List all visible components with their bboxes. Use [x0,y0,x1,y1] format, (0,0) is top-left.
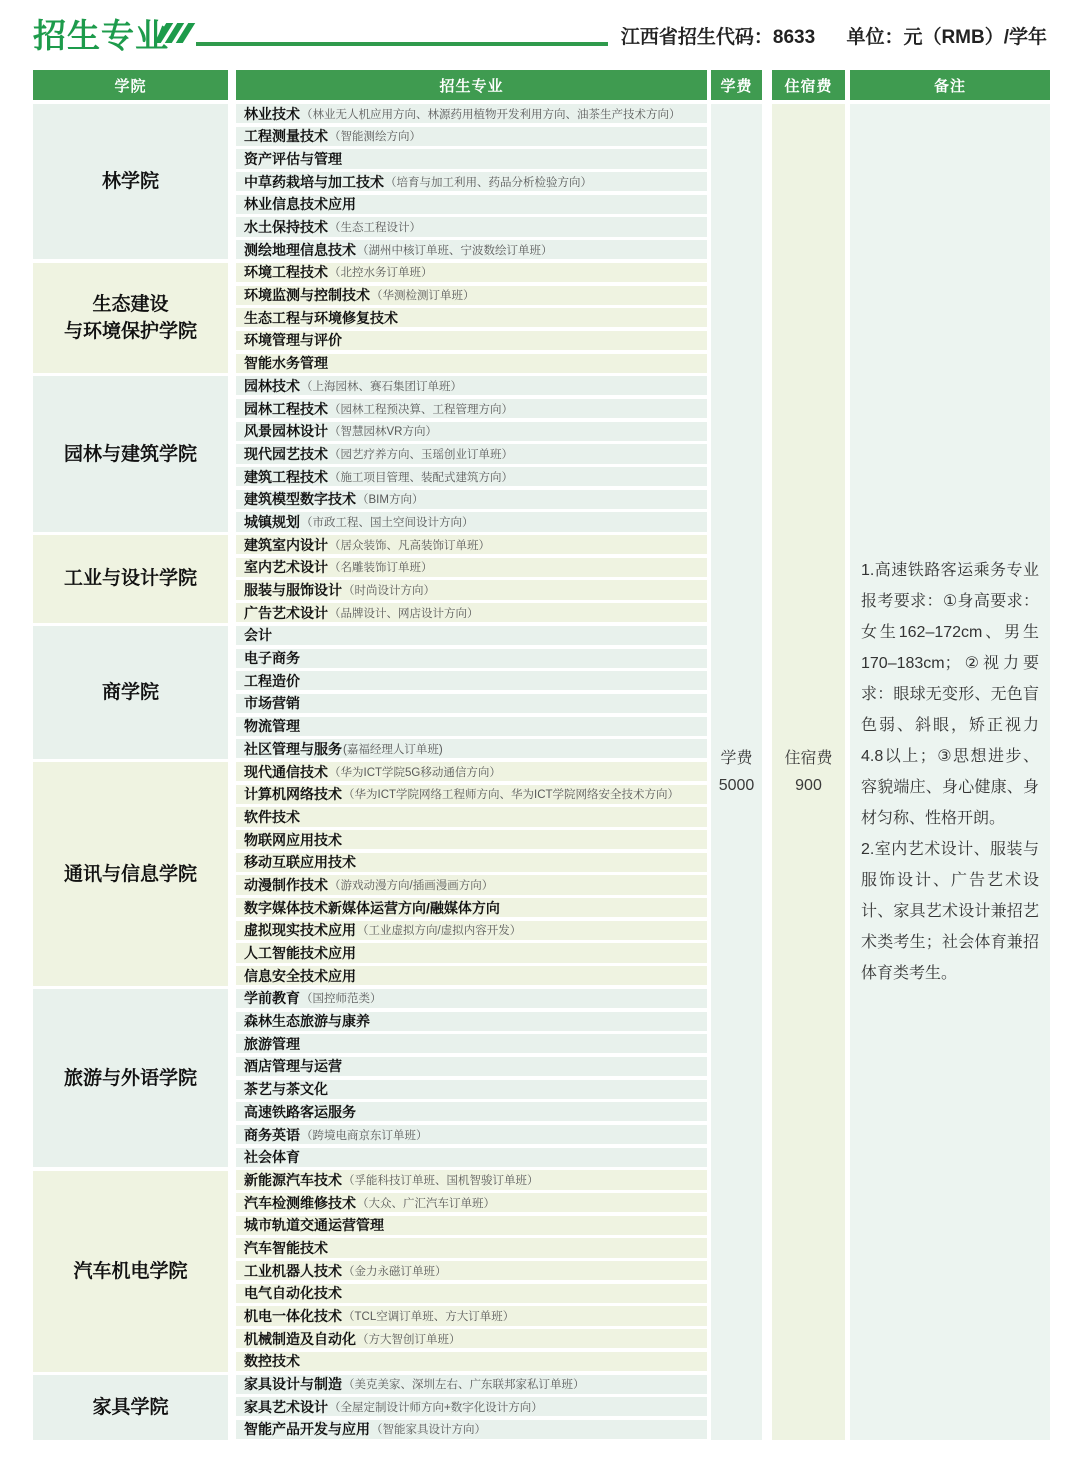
major-row: 社会体育 [236,1148,707,1167]
major-name: 建筑模型数字技术 [244,489,356,509]
major-note: （智能家具设计方向） [371,1421,486,1437]
remarks-cell: 1.高速铁路客运乘务专业报考要求：①身高要求：女生162–172cm、男生170… [850,104,1050,1440]
title-underline [196,42,608,46]
major-note: （华测检测订单班） [371,287,475,303]
major-name: 汽车智能技术 [244,1238,328,1258]
major-note: （孚能科技订单班、国机智骏订单班） [343,1172,539,1188]
major-name: 环境监测与控制技术 [244,285,370,305]
major-note: （大众、广汇汽车订单班） [357,1195,495,1211]
tuition-label: 学费 [720,745,752,772]
major-row: 机械制造及自动化（方大智创订单班） [236,1329,707,1348]
major-row: 旅游管理 [236,1034,707,1053]
major-row: 商务英语（跨境电商京东订单班） [236,1125,707,1144]
major-row: 森林生态旅游与康养 [236,1012,707,1031]
major-row: 资产评估与管理 [236,149,707,168]
major-note: （湖州中核订单班、宁波数绘订单班） [357,242,553,258]
major-name: 风景园林设计 [244,421,328,441]
major-name: 现代园艺技术 [244,444,328,464]
accommodation-value: 900 [795,772,822,799]
major-note: （园艺疗养方向、玉瑶创业订单班） [329,446,513,462]
major-row: 城镇规划（市政工程、国土空间设计方向） [236,512,707,531]
major-name: 生态工程与环境修复技术 [244,308,398,328]
major-row: 园林工程技术（园林工程预决算、工程管理方向） [236,399,707,418]
major-note: （培育与加工利用、药品分析检验方向） [385,174,592,190]
tuition-value: 5000 [719,772,755,799]
page-title: 招生专业 [33,10,169,57]
major-name: 电气自动化技术 [244,1283,342,1303]
major-name: 建筑工程技术 [244,467,328,487]
major-row: 中草药栽培与加工技术（培育与加工利用、药品分析检验方向） [236,172,707,191]
major-row: 人工智能技术应用 [236,943,707,962]
major-note: （华为ICT学院5G移动通信方向） [329,764,501,780]
major-row: 数控技术 [236,1352,707,1371]
major-note: （跨境电商京东订单班） [301,1127,428,1143]
header-remarks: 备注 [850,70,1050,100]
major-row: 广告艺术设计（品牌设计、网店设计方向） [236,603,707,622]
major-name: 物流管理 [244,716,300,736]
major-row: 电子商务 [236,649,707,668]
major-row: 物流管理 [236,717,707,736]
header-tuition: 学费 [711,70,762,100]
college-cell: 通讯与信息学院 [33,762,228,986]
major-name: 环境工程技术 [244,262,328,282]
major-row: 动漫制作技术（游戏动漫方向/插画漫画方向） [236,875,707,894]
major-row: 汽车检测维修技术（大众、广汇汽车订单班） [236,1193,707,1212]
major-row: 电气自动化技术 [236,1284,707,1303]
major-row: 计算机网络技术（华为ICT学院网络工程师方向、华为ICT学院网络安全技术方向） [236,785,707,804]
major-row: 高速铁路客运服务 [236,1102,707,1121]
major-name: 数控技术 [244,1351,300,1371]
admission-table: 学院 招生专业 学费 住宿费 备注 林学院生态建设 与环境保护学院园林与建筑学院… [33,70,1050,1443]
college-cell: 园林与建筑学院 [33,376,228,531]
major-row: 数字媒体技术新媒体运营方向/融媒体方向 [236,898,707,917]
major-row: 会计 [236,626,707,645]
major-row: 工程测量技术（智能测绘方向） [236,127,707,146]
tuition-cell: 学费 5000 [711,104,762,1440]
major-name: 园林工程技术 [244,399,328,419]
major-name: 会计 [244,625,272,645]
unit-label: 单位：元（RMB）/学年 [846,27,1047,48]
college-cell: 生态建设 与环境保护学院 [33,263,228,373]
major-name: 数字媒体技术新媒体运营方向/融媒体方向 [244,898,500,918]
major-name: 旅游管理 [244,1034,300,1054]
major-name: 社区管理与服务 [244,739,342,759]
header-college: 学院 [33,70,228,100]
major-row: 水土保持技术（生态工程设计） [236,217,707,236]
majors-column: 林业技术（林业无人机应用方向、林源药用植物开发利用方向、油茶生产技术方向）工程测… [236,104,707,1443]
major-row: 城市轨道交通运营管理 [236,1216,707,1235]
major-row: 环境工程技术（北控水务订单班） [236,263,707,282]
major-row: 服装与服饰设计（时尚设计方向） [236,580,707,599]
major-name: 智能产品开发与应用 [244,1419,370,1439]
major-name: 茶艺与茶文化 [244,1079,328,1099]
major-name: 酒店管理与运营 [244,1056,342,1076]
major-row: 汽车智能技术 [236,1238,707,1257]
major-note: （林业无人机应用方向、林源药用植物开发利用方向、油茶生产技术方向） [301,106,681,122]
major-row: 建筑工程技术（施工项目管理、装配式建筑方向） [236,467,707,486]
major-name: 森林生态旅游与康养 [244,1011,370,1031]
major-note: （游戏动漫方向/插画漫画方向） [329,877,493,893]
remark-1: 1.高速铁路客运乘务专业报考要求：①身高要求：女生162–172cm、男生170… [861,555,1039,834]
major-name: 林业信息技术应用 [244,194,356,214]
major-row: 测绘地理信息技术（湖州中核订单班、宁波数绘订单班） [236,240,707,259]
major-name: 资产评估与管理 [244,149,342,169]
major-name: 工程造价 [244,671,300,691]
major-name: 环境管理与评价 [244,330,342,350]
major-name: 智能水务管理 [244,353,328,373]
admission-code: 江西省招生代码：8633 [621,27,815,48]
major-name: 现代通信技术 [244,762,328,782]
major-row: 风景园林设计（智慧园林VR方向） [236,422,707,441]
major-name: 学前教育 [244,988,300,1008]
major-note: （TCL空调订单班、方大订单班） [343,1308,514,1324]
major-note: （工业虚拟方向/虚拟内容开发） [357,922,521,938]
accommodation-label: 住宿费 [784,745,832,772]
major-row: 智能产品开发与应用（智能家具设计方向） [236,1420,707,1439]
major-row: 软件技术 [236,807,707,826]
major-name: 家具艺术设计 [244,1397,328,1417]
major-row: 环境管理与评价 [236,331,707,350]
college-cell: 林学院 [33,104,228,259]
title-stripes-icon [160,23,193,43]
major-name: 商务英语 [244,1125,300,1145]
major-row: 移动互联应用技术 [236,853,707,872]
major-row: 虚拟现实技术应用（工业虚拟方向/虚拟内容开发） [236,921,707,940]
major-name: 市场营销 [244,693,300,713]
major-name: 广告艺术设计 [244,603,328,623]
major-row: 现代通信技术（华为ICT学院5G移动通信方向） [236,762,707,781]
college-column: 林学院生态建设 与环境保护学院园林与建筑学院工业与设计学院商学院通讯与信息学院旅… [33,104,228,1443]
college-cell: 汽车机电学院 [33,1171,228,1372]
major-row: 生态工程与环境修复技术 [236,308,707,327]
table-body: 林学院生态建设 与环境保护学院园林与建筑学院工业与设计学院商学院通讯与信息学院旅… [33,104,1050,1443]
major-name: 中草药栽培与加工技术 [244,172,384,192]
major-note: （品牌设计、网店设计方向） [329,605,479,621]
major-row: 智能水务管理 [236,354,707,373]
major-row: 家具设计与制造（美克美家、深圳左右、广东联邦家私订单班） [236,1375,707,1394]
major-row: 新能源汽车技术（孚能科技订单班、国机智骏订单班） [236,1170,707,1189]
major-name: 室内艺术设计 [244,557,328,577]
major-note: （国控师范类） [301,990,382,1006]
major-name: 移动互联应用技术 [244,852,356,872]
major-name: 汽车检测维修技术 [244,1193,356,1213]
accommodation-cell: 住宿费 900 [772,104,845,1440]
header-accommodation: 住宿费 [772,70,845,100]
major-name: 家具设计与制造 [244,1374,342,1394]
major-name: 林业技术 [244,104,300,124]
major-name: 机电一体化技术 [244,1306,342,1326]
major-name: 园林技术 [244,376,300,396]
major-note: （方大智创订单班） [357,1331,461,1347]
major-row: 林业技术（林业无人机应用方向、林源药用植物开发利用方向、油茶生产技术方向） [236,104,707,123]
major-note: （名雕装饰订单班） [329,559,433,575]
major-row: 林业信息技术应用 [236,195,707,214]
table-header-row: 学院 招生专业 学费 住宿费 备注 [33,70,1050,100]
major-name: 新能源汽车技术 [244,1170,342,1190]
major-note: （生态工程设计） [329,219,421,235]
major-note: （全屋定制设计师方向+数字化设计方向） [329,1399,543,1415]
major-row: 环境监测与控制技术（华测检测订单班） [236,286,707,305]
major-row: 茶艺与茶文化 [236,1080,707,1099]
major-note: （施工项目管理、装配式建筑方向） [329,469,513,485]
major-name: 物联网应用技术 [244,830,342,850]
college-cell: 家具学院 [33,1375,228,1440]
major-row: 市场营销 [236,694,707,713]
major-name: 人工智能技术应用 [244,943,356,963]
major-name: 城市轨道交通运营管理 [244,1215,384,1235]
major-note: （园林工程预决算、工程管理方向） [329,401,513,417]
major-row: 学前教育（国控师范类） [236,989,707,1008]
major-name: 测绘地理信息技术 [244,240,356,260]
major-note: （北控水务订单班） [329,264,433,280]
major-note: (嘉福经理人订单班) [343,741,443,757]
header-meta: 江西省招生代码：8633 单位：元（RMB）/学年 [621,22,1047,49]
major-note: （华为ICT学院网络工程师方向、华为ICT学院网络安全技术方向） [343,786,679,802]
college-cell: 工业与设计学院 [33,535,228,622]
major-row: 工业机器人技术（金力永磁订单班） [236,1261,707,1280]
major-row: 物联网应用技术 [236,830,707,849]
major-name: 计算机网络技术 [244,784,342,804]
major-name: 虚拟现实技术应用 [244,920,356,940]
major-name: 软件技术 [244,807,300,827]
major-name: 服装与服饰设计 [244,580,342,600]
major-name: 动漫制作技术 [244,875,328,895]
major-name: 高速铁路客运服务 [244,1102,356,1122]
major-note: （时尚设计方向） [343,582,435,598]
major-row: 社区管理与服务(嘉福经理人订单班) [236,739,707,758]
major-name: 电子商务 [244,648,300,668]
header-majors: 招生专业 [236,70,707,100]
major-row: 信息安全技术应用 [236,966,707,985]
major-note: （美克美家、深圳左右、广东联邦家私订单班） [343,1376,585,1392]
major-row: 家具艺术设计（全屋定制设计师方向+数字化设计方向） [236,1397,707,1416]
major-name: 城镇规划 [244,512,300,532]
major-note: （智能测绘方向） [329,128,421,144]
major-row: 建筑模型数字技术（BIM方向） [236,490,707,509]
college-cell: 商学院 [33,626,228,759]
major-name: 信息安全技术应用 [244,966,356,986]
major-row: 工程造价 [236,671,707,690]
major-row: 酒店管理与运营 [236,1057,707,1076]
major-name: 工业机器人技术 [244,1261,342,1281]
college-cell: 旅游与外语学院 [33,989,228,1167]
major-note: （智慧园林VR方向） [329,423,437,439]
remark-2: 2.室内艺术设计、服装与服饰设计、广告艺术设计、家具艺术设计兼招艺术类考生；社会… [861,834,1039,989]
major-row: 建筑室内设计（居众装饰、凡高装饰订单班） [236,535,707,554]
major-name: 水土保持技术 [244,217,328,237]
major-row: 现代园艺技术（园艺疗养方向、玉瑶创业订单班） [236,444,707,463]
major-name: 工程测量技术 [244,126,328,146]
major-row: 机电一体化技术（TCL空调订单班、方大订单班） [236,1306,707,1325]
major-row: 室内艺术设计（名雕装饰订单班） [236,558,707,577]
major-note: （上海园林、赛石集团订单班） [301,378,462,394]
major-note: （市政工程、国土空间设计方向） [301,514,474,530]
page: 招生专业 江西省招生代码：8633 单位：元（RMB）/学年 学院 招生专业 学… [0,0,1080,1477]
major-note: （BIM方向） [357,491,423,507]
major-note: （金力永磁订单班） [343,1263,447,1279]
major-name: 建筑室内设计 [244,535,328,555]
major-note: （居众装饰、凡高装饰订单班） [329,537,490,553]
major-row: 园林技术（上海园林、赛石集团订单班） [236,376,707,395]
major-name: 社会体育 [244,1147,300,1167]
major-name: 机械制造及自动化 [244,1329,356,1349]
